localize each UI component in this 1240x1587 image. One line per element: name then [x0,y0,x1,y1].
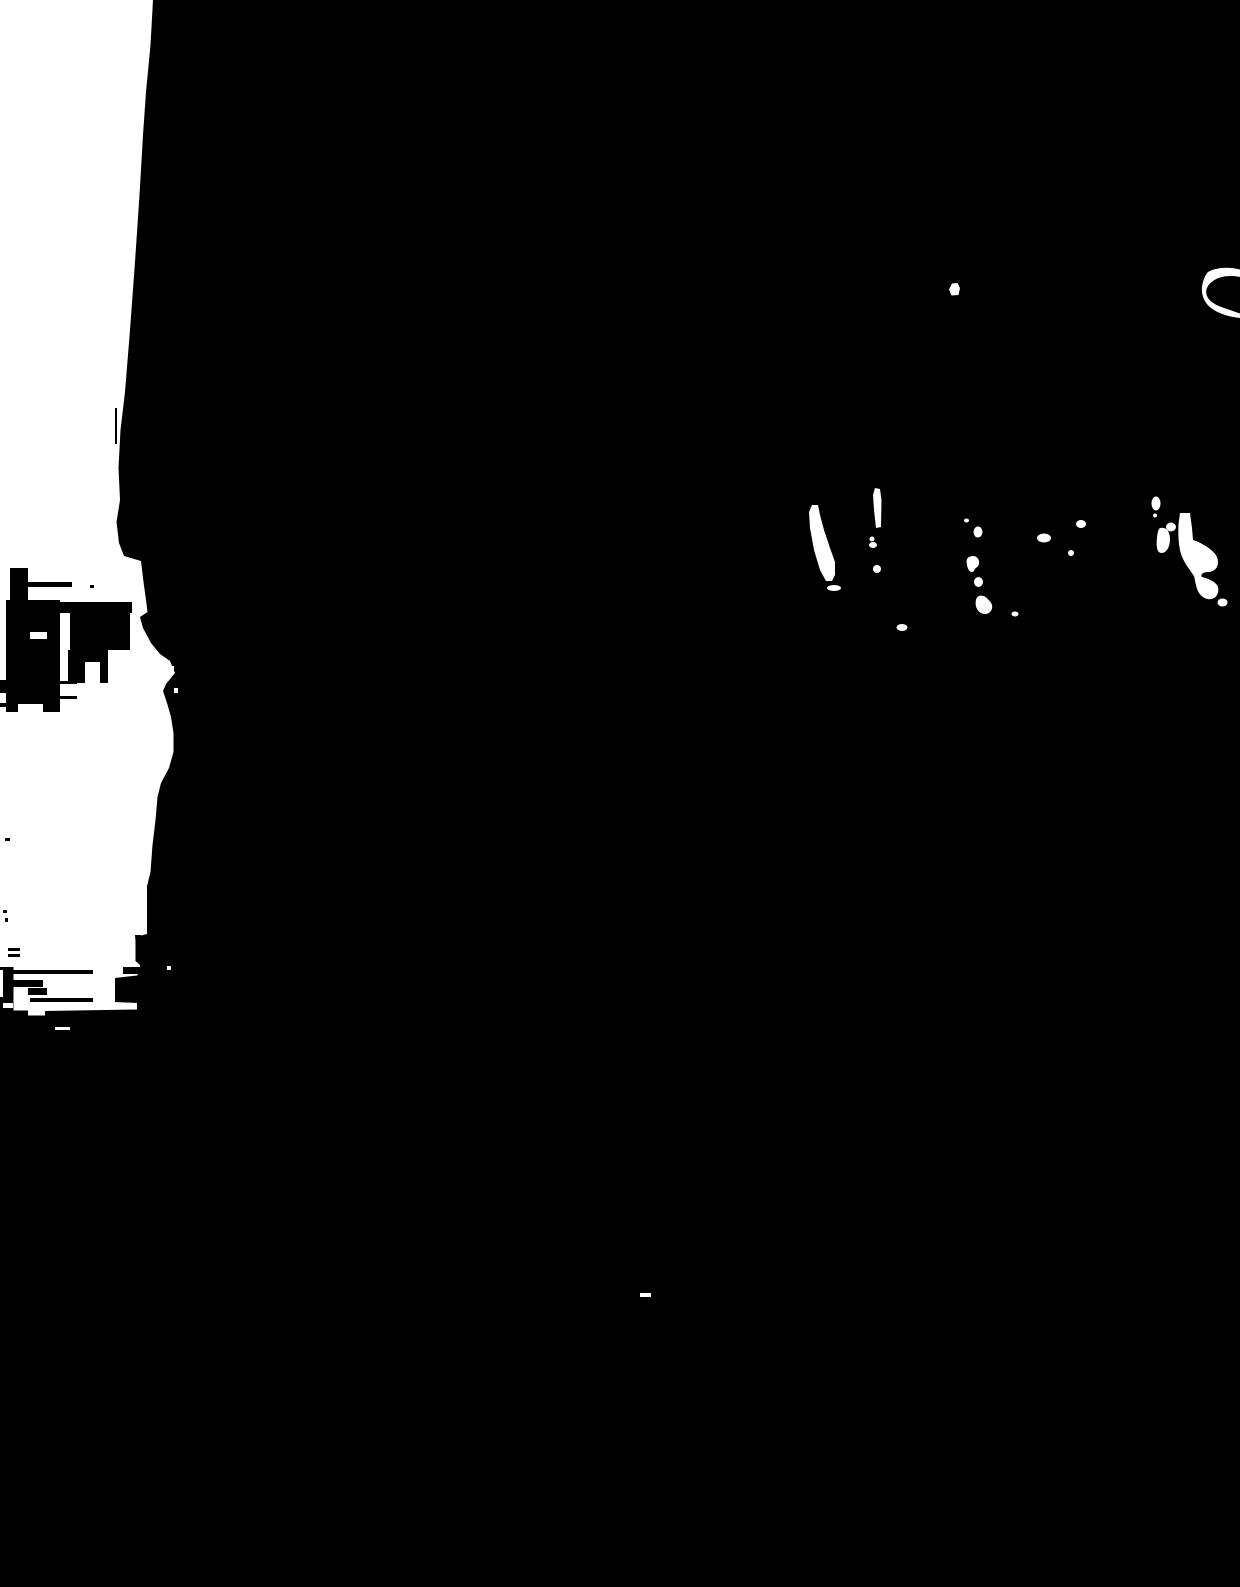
speck-918 [5,918,8,922]
blob-e-dot-2 [1076,520,1086,528]
blob-a-dash [827,585,841,591]
speck-910 [3,910,7,913]
blob-e-dot-1 [1068,550,1074,556]
machine-bottom-dash-1 [0,680,10,693]
blob-d-oval [974,577,983,587]
image-canvas [0,0,1240,1587]
blob-b-dot-3 [873,565,881,573]
blob-d-bean [974,527,983,538]
left-dash-1003 [3,1003,13,1008]
edge-fleck-2 [167,966,171,970]
streak-row-967 [123,967,140,974]
left-edge-sliver [0,970,3,997]
machine-left-mass [6,600,60,712]
machine-bottom-hole [18,704,43,717]
bottom-dash [640,1293,651,1297]
blob-f-bean-1 [1152,497,1161,511]
blob-b-dot-2 [869,542,877,548]
edge-slit [115,408,117,444]
speck-585 [90,585,94,588]
machine-mid-hole [85,662,100,684]
blob-e [1037,534,1051,543]
streak-row-970 [3,970,93,974]
machine-right-block [70,613,130,650]
machine-top-line [28,582,72,587]
blob-b-dot-1 [870,537,875,542]
machine-slit-hole [30,632,47,639]
dash-948 [8,948,20,951]
machine-top-block [10,568,28,604]
dash-954 [8,954,20,957]
blob-f-bean-3 [1166,523,1176,532]
streak-band-980 [12,980,43,987]
streak-dash-988 [28,988,47,995]
machine-bottom-dash-2 [57,681,77,684]
edge-fleck-3 [170,666,174,670]
binarized-image [0,0,1240,1587]
machine-bottom-dash-3 [43,696,77,699]
blob-d-dot [964,519,969,523]
machine-top-bar [28,602,132,613]
speck-838 [5,838,10,841]
machine-bottom-dash-4 [0,703,8,707]
image-background [0,0,1240,1587]
streak-row-998 [30,998,93,1002]
blob-f-dot-2 [1218,599,1228,607]
blob-d-dash [1012,612,1019,617]
white-dash-1027 [55,1027,70,1030]
edge-fleck-1 [174,688,178,693]
blob-f-dot-1 [1153,514,1157,518]
blob-c-dash [897,624,908,631]
